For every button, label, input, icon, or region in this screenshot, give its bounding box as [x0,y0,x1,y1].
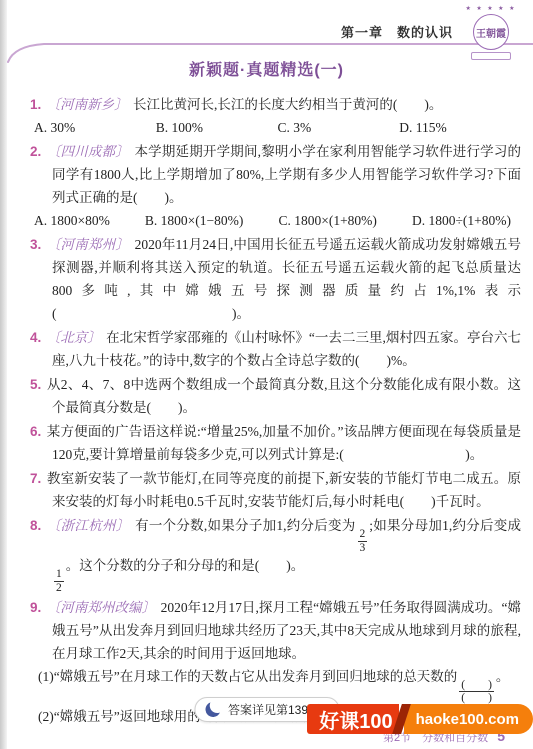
question-8-body: 8. 〔浙江杭州〕 有一个分数,如果分子加1,约分后变为23;如果分母加1,约分… [30,514,521,595]
question-8-text-3: 。这个分数的分子和分母的和是( )。 [66,558,305,573]
question-8-text-2: ;如果分母加1,约分后变成 [369,518,521,533]
question-4-source-tag: 〔北京〕 [47,330,101,345]
question-3-body: 3. 〔河南郑州〕 2020年11月24日,中国用长征五号遥五运载火箭成功发射嫦… [30,233,521,325]
question-7-body: 7. 教室新安装了一款节能灯,在同等亮度的前提下,新安装的节能灯节电二成五。原来… [30,467,521,513]
question-1-source-tag: 〔河南新乡〕 [47,97,128,112]
fraction-blank: ( )( ) [459,679,494,705]
question-8-text-1: 有一个分数,如果分子加1,约分后变为 [135,518,355,533]
header-divider-swoosh [4,40,533,64]
moon-icon [204,701,222,719]
answer-reference-text: 答案详见第139页 [228,701,320,718]
question-2-source-tag: 〔四川成都〕 [47,144,129,159]
question-6-body: 6. 某方便面的广告语这样说:“增量25%,加量不加价。”该品牌方便面现在每袋质… [30,420,521,466]
question-1-option-a: A. 30% [34,116,156,139]
question-1-text: 长江比黄河长,长江的长度大约相当于黄河的( )。 [133,97,442,112]
page-edge-shadow [0,0,7,749]
sub-question-label: (1) [38,669,54,684]
sub-question-label: (2) [38,709,54,724]
question-8-source-tag: 〔浙江杭州〕 [47,518,130,533]
fraction-one-half: 12 [54,568,64,594]
question-9-body: 9. 〔河南郑州改编〕 2020年12月17日,探月工程“嫦娥五号”任务取得圆满… [30,596,521,665]
question-8: 8. 〔浙江杭州〕 有一个分数,如果分子加1,约分后变为23;如果分母加1,约分… [30,514,521,595]
question-7-text: 教室新安装了一款节能灯,在同等亮度的前提下,新安装的节能灯节电二成五。原来安装的… [47,471,521,509]
question-6-text: 某方便面的广告语这样说:“增量25%,加量不加价。”该品牌方便面现在每袋质量是1… [47,424,521,462]
sub-question-text-end: 。 [496,669,510,684]
badge-stars-icon: ★ ★ ★ ★ ★ [463,5,519,13]
question-3-source-tag: 〔河南郑州〕 [47,237,129,252]
question-4-number: 4. [30,330,41,345]
sub-question-text: “嫦娥五号”在月球工作的天数占它从出发奔月到回归地球的总天数的 [54,669,457,684]
question-3: 3. 〔河南郑州〕 2020年11月24日,中国用长征五号遥五运载火箭成功发射嫦… [30,233,521,325]
question-2-option-b: B. 1800×(1−80%) [145,209,243,232]
question-9-number: 9. [30,600,41,615]
question-5: 5. 从2、4、7、8中选两个数组成一个最简真分数,且这个分数能化成有限小数。这… [30,373,521,419]
question-8-number: 8. [30,518,41,533]
fraction-numerator: 2 [358,528,368,542]
question-5-body: 5. 从2、4、7、8中选两个数组成一个最简真分数,且这个分数能化成有限小数。这… [30,373,521,419]
question-2-option-d: D. 1800÷(1+80%) [412,209,511,232]
question-1-option-d: D. 115% [399,116,521,139]
watermark-banner: 好课100 haoke100.com [307,704,533,734]
question-4: 4. 〔北京〕 在北宋哲学家邵雍的《山村咏怀》“一去二三里,烟村四五家。亭台六七… [30,326,521,372]
question-4-text: 在北宋哲学家邵雍的《山村咏怀》“一去二三里,烟村四五家。亭台六七座,八九十枝花。… [52,330,521,368]
question-1-number: 1. [30,97,41,112]
brand-url: haoke100.com [404,704,533,734]
question-2-option-a: A. 1800×80% [34,209,110,232]
question-list: 1. 〔河南新乡〕 长江比黄河长,长江的长度大约相当于黄河的( )。 A. 30… [30,93,521,729]
question-1-body: 1. 〔河南新乡〕 长江比黄河长,长江的长度大约相当于黄河的( )。 [30,93,521,116]
fraction-denominator: ( ) [459,692,494,705]
question-1-option-b: B. 100% [156,116,278,139]
badge-seal: 王朝霞 [473,14,509,50]
question-3-number: 3. [30,237,41,252]
question-4-body: 4. 〔北京〕 在北宋哲学家邵雍的《山村咏怀》“一去二三里,烟村四五家。亭台六七… [30,326,521,372]
brand-name: 好课100 [307,704,398,734]
question-1-option-c: C. 3% [278,116,400,139]
fraction-denominator: 3 [358,542,368,555]
fraction-denominator: 2 [54,582,64,595]
fraction-two-thirds: 23 [358,528,368,554]
question-6: 6. 某方便面的广告语这样说:“增量25%,加量不加价。”该品牌方便面现在每袋质… [30,420,521,466]
question-5-text: 从2、4、7、8中选两个数组成一个最简真分数,且这个分数能化成有限小数。这个最简… [47,377,521,415]
fraction-numerator: 1 [54,568,64,582]
fraction-numerator: ( ) [459,679,494,693]
question-7: 7. 教室新安装了一款节能灯,在同等亮度的前提下,新安装的节能灯节电二成五。原来… [30,467,521,513]
question-2-body: 2. 〔四川成都〕 本学期延期开学期间,黎明小学在家利用智能学习软件进行学习的同… [30,140,521,209]
question-6-number: 6. [30,424,41,439]
brand-badge: ★ ★ ★ ★ ★ 王朝霞 [463,5,519,60]
question-5-number: 5. [30,377,41,392]
question-2-options: A. 1800×80% B. 1800×(1−80%) C. 1800×(1+8… [30,209,521,232]
question-9-source-tag: 〔河南郑州改编〕 [47,600,155,615]
question-2-option-c: C. 1800×(1+80%) [278,209,376,232]
question-2-number: 2. [30,144,41,159]
question-2: 2. 〔四川成都〕 本学期延期开学期间,黎明小学在家利用智能学习软件进行学习的同… [30,140,521,232]
badge-ribbon [471,52,511,60]
question-1-options: A. 30% B. 100% C. 3% D. 115% [30,116,521,139]
question-7-number: 7. [30,471,41,486]
chapter-heading: 第一章 数的认识 [341,22,453,41]
question-1: 1. 〔河南新乡〕 长江比黄河长,长江的长度大约相当于黄河的( )。 A. 30… [30,93,521,139]
